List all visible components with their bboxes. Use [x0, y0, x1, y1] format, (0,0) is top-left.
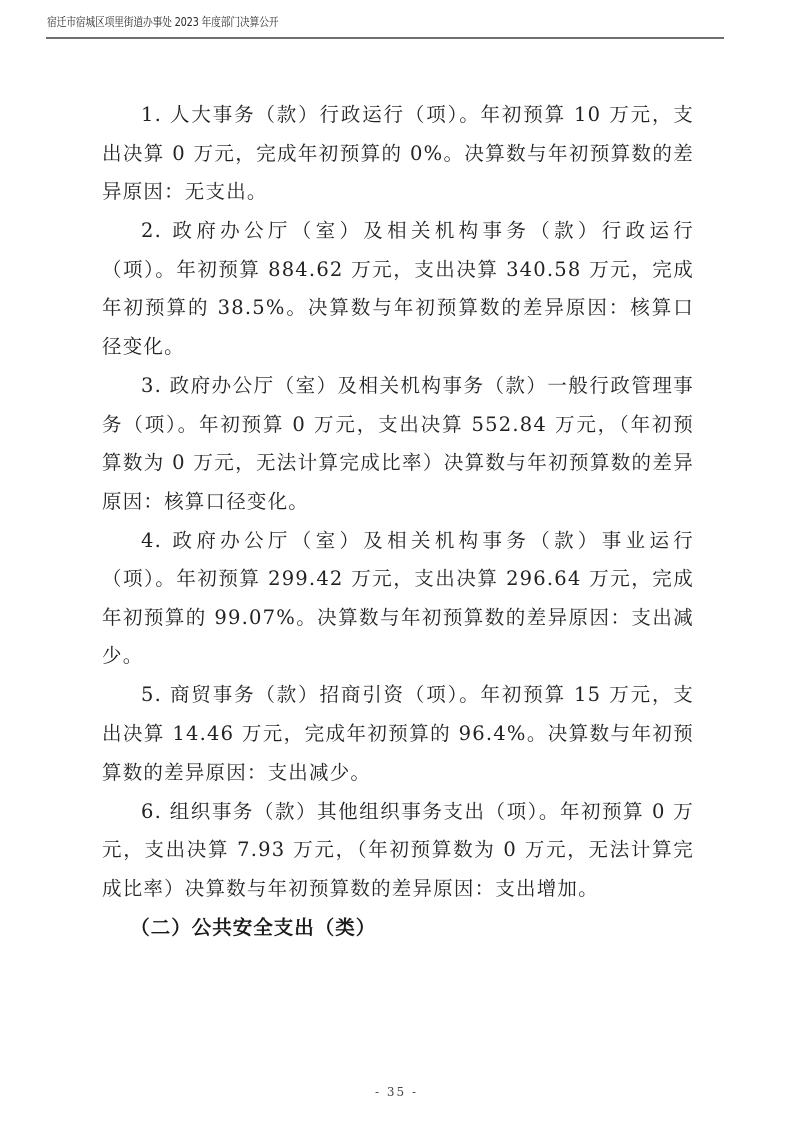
- paragraph-item-1: 1. 人大事务（款）行政运行（项）。年初预算 10 万元，支出决算 0 万元，完…: [102, 96, 694, 212]
- paragraph-item-2: 2. 政府办公厅（室）及相关机构事务（款）行政运行（项）。年初预算 884.62…: [102, 212, 694, 366]
- document-body: 1. 人大事务（款）行政运行（项）。年初预算 10 万元，支出决算 0 万元，完…: [102, 96, 694, 947]
- paragraph-item-6: 6. 组织事务（款）其他组织事务支出（项）。年初预算 0 万元，支出决算 7.9…: [102, 793, 694, 909]
- section-heading: （二）公共安全支出（类）: [102, 909, 694, 947]
- header-divider: [46, 37, 724, 39]
- document-title: 宿迁市宿城区项里街道办事处 2023 年度部门决算公开: [47, 13, 278, 30]
- page-number: - 35 -: [0, 1085, 793, 1099]
- paragraph-item-5: 5. 商贸事务（款）招商引资（项）。年初预算 15 万元，支出决算 14.46 …: [102, 676, 694, 792]
- page-header: 宿迁市宿城区项里街道办事处 2023 年度部门决算公开: [46, 10, 724, 30]
- paragraph-item-4: 4. 政府办公厅（室）及相关机构事务（款）事业运行（项）。年初预算 299.42…: [102, 522, 694, 676]
- paragraph-item-3: 3. 政府办公厅（室）及相关机构事务（款）一般行政管理事务（项）。年初预算 0 …: [102, 367, 694, 521]
